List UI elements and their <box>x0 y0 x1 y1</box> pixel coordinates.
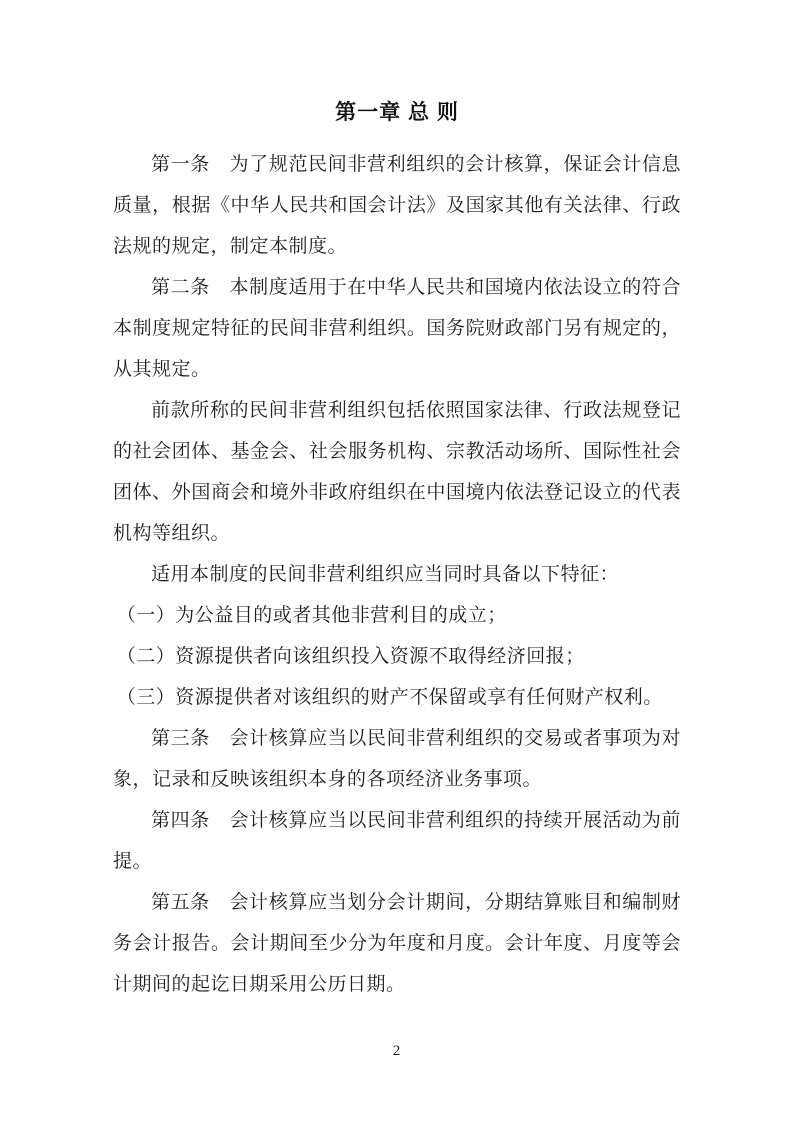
paragraph: 第二条 本制度适用于在中华人民共和国境内依法设立的符合本制度规定特征的民间非营利… <box>113 267 681 390</box>
paragraph: 前款所称的民间非营利组织包括依照国家法律、行政法规登记的社会团体、基金会、社会服… <box>113 390 681 554</box>
chapter-title: 第一章 总 则 <box>113 98 681 127</box>
document-body: 第一条 为了规范民间非营利组织的会计核算，保证会计信息质量，根据《中华人民共和国… <box>113 144 681 1005</box>
paragraph: 第三条 会计核算应当以民间非营利组织的交易或者事项为对象，记录和反映该组织本身的… <box>113 718 681 800</box>
paragraph: 适用本制度的民间非营利组织应当同时具备以下特征： <box>113 554 681 595</box>
paragraph: （三）资源提供者对该组织的财产不保留或享有任何财产权利。 <box>113 677 681 718</box>
paragraph: 第一条 为了规范民间非营利组织的会计核算，保证会计信息质量，根据《中华人民共和国… <box>113 144 681 267</box>
paragraph: （一）为公益目的或者其他非营利目的成立； <box>113 595 681 636</box>
paragraph: 第五条 会计核算应当划分会计期间，分期结算账目和编制财务会计报告。会计期间至少分… <box>113 882 681 1005</box>
paragraph: （二）资源提供者向该组织投入资源不取得经济回报； <box>113 636 681 677</box>
paragraph: 第四条 会计核算应当以民间非营利组织的持续开展活动为前提。 <box>113 800 681 882</box>
document-page: 第一章 总 则 第一条 为了规范民间非营利组织的会计核算，保证会计信息质量，根据… <box>0 0 793 1122</box>
page-number: 2 <box>0 1042 793 1060</box>
